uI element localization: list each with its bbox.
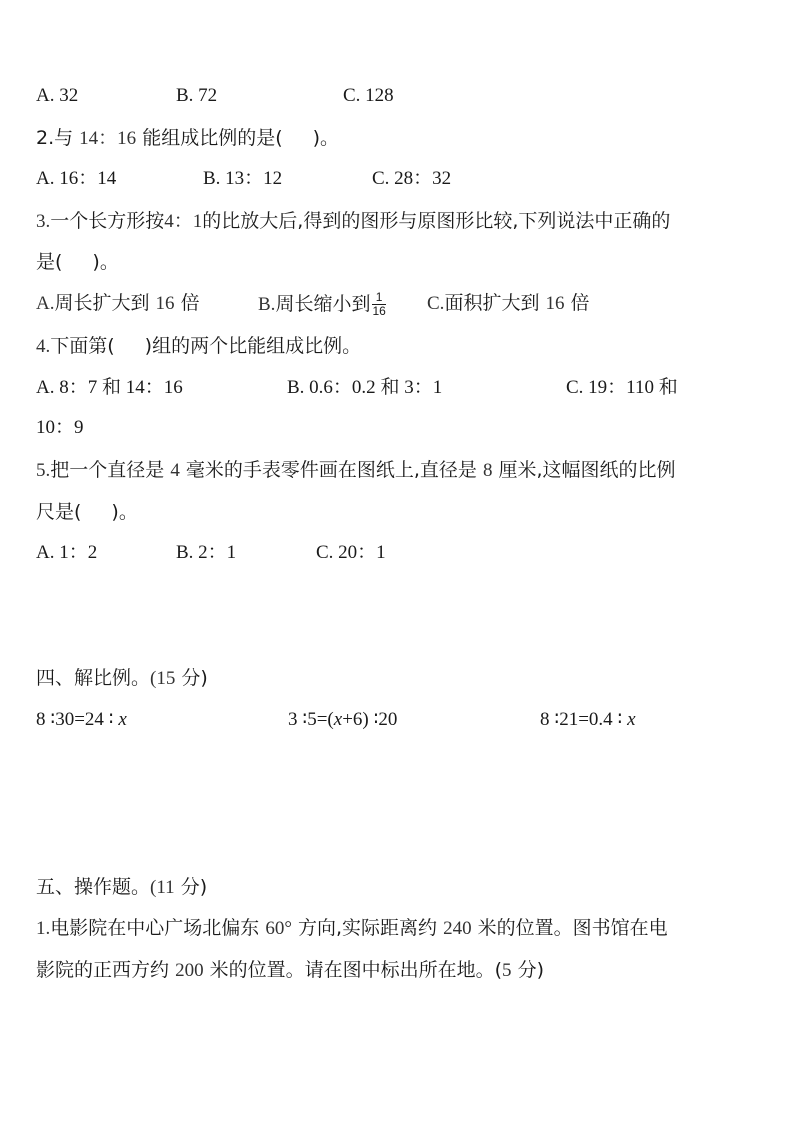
equation-1: 8 ∶30=24 ∶ x <box>36 708 127 732</box>
q5-option-b: B. 2：1 <box>176 541 236 565</box>
section-5-heading: 五、操作题。(11 分) <box>36 875 207 900</box>
fraction: 116 <box>372 291 385 318</box>
q2-ratio: 14：16 <box>79 128 136 149</box>
q3-ratio: 4：1 <box>164 211 202 232</box>
q1-option-c: C. 128 <box>343 84 394 108</box>
q3-option-b: B.周长缩小到116 <box>258 291 388 318</box>
q2-option-c: C. 28：32 <box>372 167 451 191</box>
q5-option-a: A. 1：2 <box>36 541 97 565</box>
question-4: 4.下面第()组的两个比能组成比例。 <box>36 334 361 359</box>
equation-2: 3 ∶5=(x+6) ∶20 <box>288 708 397 732</box>
section-5-question-1-line-2: 影院的正西方约 200 米的位置。请在图中标出所在地。(5 分) <box>36 958 544 983</box>
question-5-line-2: 尺是()。 <box>36 500 138 524</box>
question-3: 3.一个长方形按4：1的比放大后,得到的图形与原图形比较,下列说法中正确的 <box>36 209 670 234</box>
q4-option-a: A. 8：7 和 14：16 <box>36 375 183 400</box>
q3-option-c: C.面积扩大到 16 倍 <box>427 291 590 316</box>
q4-option-b: B. 0.6：0.2 和 3：1 <box>287 375 442 400</box>
q1-option-a: A. 32 <box>36 84 78 108</box>
q2-option-b: B. 13：12 <box>203 167 282 191</box>
equation-3: 8 ∶21=0.4 ∶ x <box>540 708 636 732</box>
q4-option-c: C. 19：110 和 <box>566 375 678 400</box>
question-5: 5.把一个直径是 4 毫米的手表零件画在图纸上,直径是 8 厘米,这幅图纸的比例 <box>36 458 676 483</box>
q3-option-a: A.周长扩大到 16 倍 <box>36 291 200 316</box>
section-5-question-1: 1.电影院在中心广场北偏东 60° 方向,实际距离约 240 米的位置。图书馆在… <box>36 916 668 941</box>
question-3-line-2: 是()。 <box>36 250 119 274</box>
q4-option-c-continued: 10：9 <box>36 416 84 440</box>
q1-option-b: B. 72 <box>176 84 217 108</box>
question-2: 2.与 14：16 能组成比例的是()。 <box>36 126 339 151</box>
q5-option-c: C. 20：1 <box>316 541 386 565</box>
q2-option-a: A. 16：14 <box>36 167 116 191</box>
section-4-heading: 四、解比例。(15 分) <box>36 666 208 691</box>
